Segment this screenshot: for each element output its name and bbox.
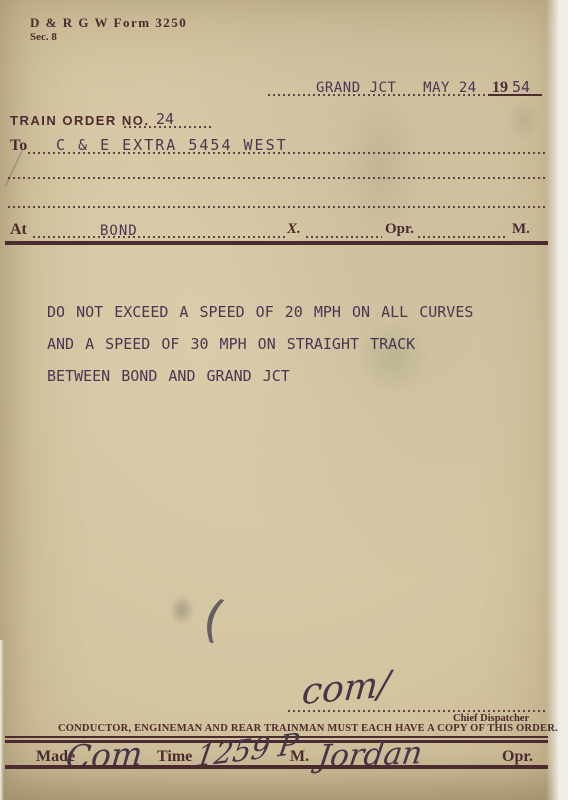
at-value: BOND: [100, 223, 138, 239]
year-underline: [488, 94, 542, 96]
crease-mark: [5, 149, 24, 186]
heavy-rule: [5, 241, 548, 245]
m-label: M.: [512, 221, 530, 238]
x-dotted-line: [306, 236, 382, 238]
pencil-stroke: (: [197, 589, 230, 650]
order-body-line-3: BETWEEN BOND AND GRAND JCT: [47, 367, 290, 385]
made-value: Com: [64, 734, 144, 777]
at-label: At: [10, 221, 27, 239]
scan-edge-bottom-left: [0, 640, 4, 800]
scan-edge-right: [546, 0, 568, 800]
form-section: Sec. 8: [30, 31, 57, 43]
blank-dotted-line-2: [8, 206, 548, 208]
order-number-value: 24: [156, 110, 174, 128]
stain-right-margin: [498, 90, 548, 150]
to-value: C & E EXTRA 5454 WEST: [56, 136, 288, 154]
order-body-line-2: AND A SPEED OF 30 MPH ON STRAIGHT TRACK: [47, 335, 415, 353]
at-dotted-line: [33, 236, 285, 238]
form-number: D & R G W Form 3250: [30, 15, 187, 31]
signature-dotted-line: [288, 710, 546, 712]
blank-dotted-line-1: [8, 177, 548, 179]
pencil-smudge: [164, 587, 200, 633]
opr-dotted-line: [418, 236, 508, 238]
footer-notice: CONDUCTOR, ENGINEMAN AND REAR TRAINMAN M…: [58, 723, 558, 734]
date-dotted-line: [268, 94, 490, 96]
chief-dispatcher-signature: com/: [300, 664, 391, 713]
x-label: X.: [287, 221, 301, 238]
train-order-form: D & R G W Form 3250 Sec. 8 GRAND JCT MAY…: [0, 0, 568, 800]
opr-label: Opr.: [385, 221, 414, 238]
to-label: To: [10, 137, 27, 155]
bottom-heavy-rule: [5, 765, 548, 769]
meridiem-label: M.: [290, 748, 309, 766]
time-label: Time: [157, 748, 192, 766]
order-body-line-1: DO NOT EXCEED A SPEED OF 20 MPH ON ALL C…: [47, 303, 473, 321]
opr-label-bottom: Opr.: [502, 748, 533, 766]
